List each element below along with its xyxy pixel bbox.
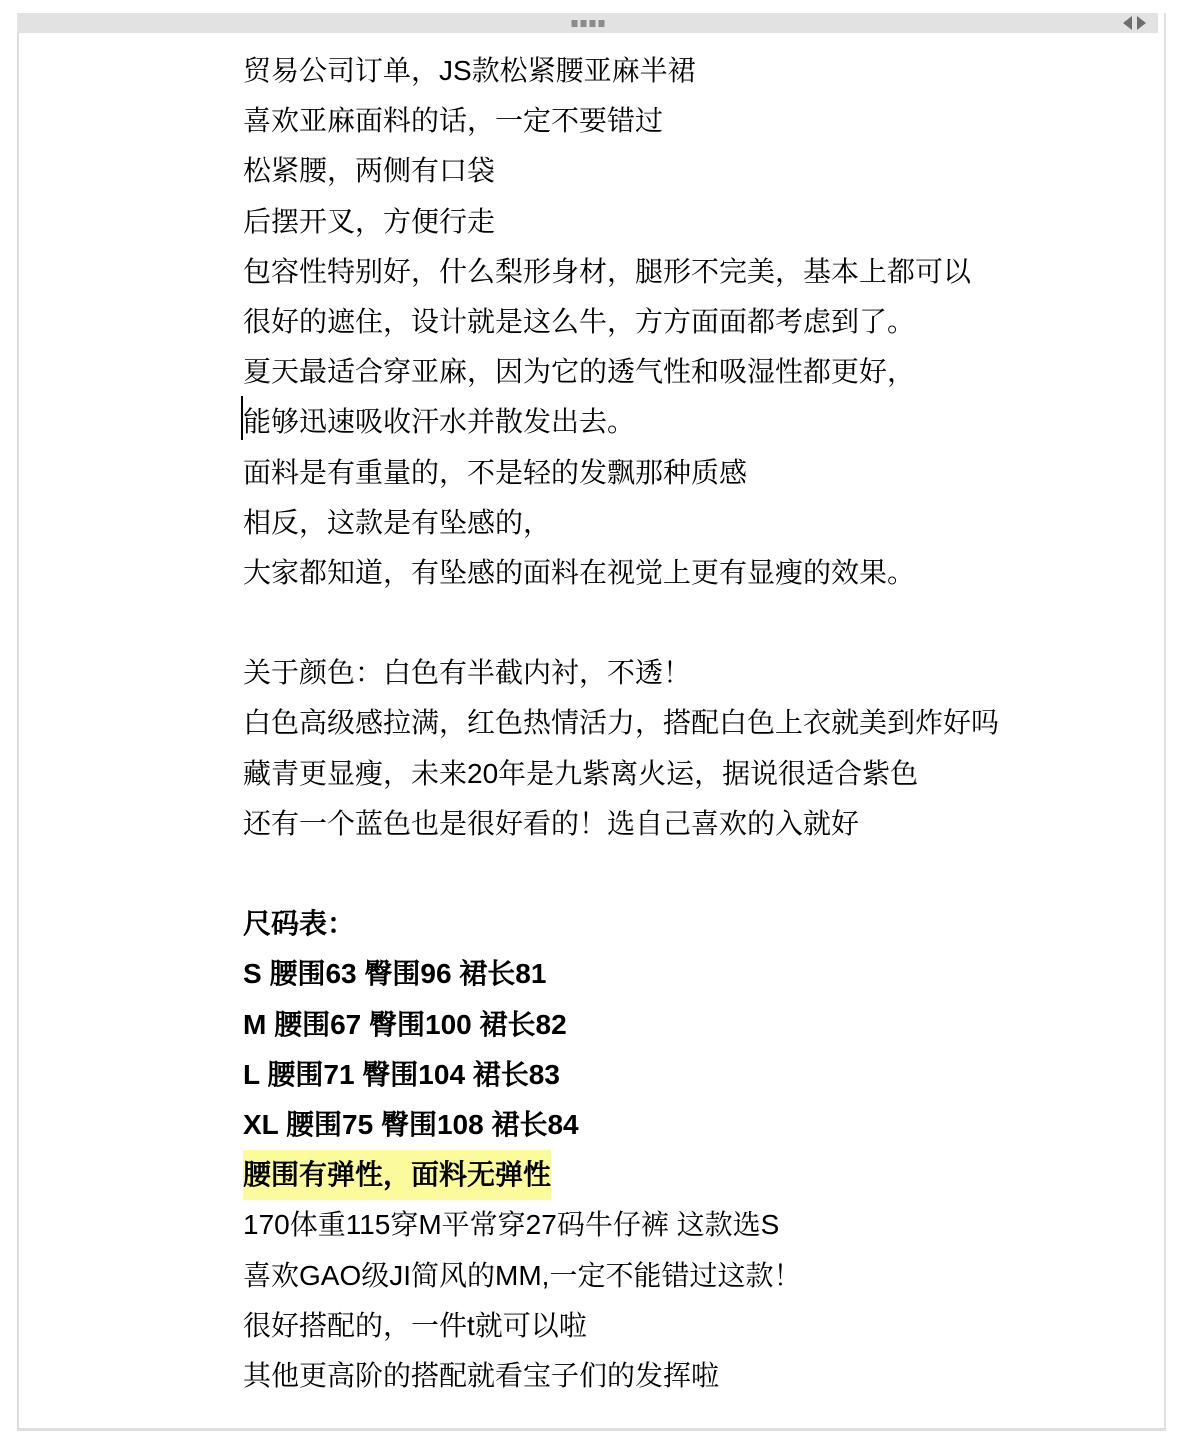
paragraph[interactable]: 后摆开叉，方便行走 (243, 197, 1144, 247)
text-cursor (241, 396, 243, 440)
paragraph[interactable]: 贸易公司订单，JS款松紧腰亚麻半裙 (243, 46, 1144, 96)
paragraph[interactable]: 包容性特别好，什么梨形身材，腿形不完美，基本上都可以 (243, 247, 1144, 297)
screenshot-stage: 贸易公司订单，JS款松紧腰亚麻半裙 喜欢亚麻面料的话，一定不要错过 松紧腰，两侧… (0, 0, 1180, 1446)
size-chart-row-s[interactable]: S 腰围63 臀围96 裙长81 (243, 949, 1144, 999)
paragraph-blank[interactable] (243, 598, 1144, 648)
size-chart-row-m[interactable]: M 腰围67 臀围100 裙长82 (243, 1000, 1144, 1050)
document-body[interactable]: 贸易公司订单，JS款松紧腰亚麻半裙 喜欢亚麻面料的话，一定不要错过 松紧腰，两侧… (19, 33, 1164, 1428)
paragraph[interactable]: 大家都知道，有坠感的面料在视觉上更有显瘦的效果。 (243, 548, 1144, 598)
arrow-left-icon[interactable] (1123, 16, 1132, 30)
paragraph[interactable]: 藏青更显瘦，未来20年是九紫离火运，据说很适合紫色 (243, 749, 1144, 799)
paragraph[interactable]: 170体重115穿M平常穿27码牛仔裤 这款选S (243, 1200, 1144, 1250)
paragraph[interactable]: 还有一个蓝色也是很好看的！选自己喜欢的入就好 (243, 799, 1144, 849)
size-chart-title[interactable]: 尺码表： (243, 899, 1144, 949)
paragraph[interactable]: 很好搭配的，一件t就可以啦 (243, 1301, 1144, 1351)
drag-handle-icon[interactable] (571, 20, 604, 27)
paragraph[interactable]: 很好的遮住，设计就是这么牛，方方面面都考虑到了。 (243, 297, 1144, 347)
drag-dot-icon (589, 20, 595, 27)
paragraph[interactable]: 夏天最适合穿亚麻，因为它的透气性和吸湿性都更好， (243, 347, 1144, 397)
size-chart-row-xl[interactable]: XL 腰围75 臀围108 裙长84 (243, 1100, 1144, 1150)
paragraph[interactable]: 松紧腰，两侧有口袋 (243, 146, 1144, 196)
paragraph-blank[interactable] (243, 849, 1144, 899)
paragraph[interactable]: 白色高级感拉满，红色热情活力，搭配白色上衣就美到炸好吗 (243, 698, 1144, 748)
window-titlebar[interactable] (17, 13, 1158, 33)
paragraph[interactable]: 能够迅速吸收汗水并散发出去。 (243, 397, 1144, 447)
highlight-span: 腰围有弹性，面料无弹性 (243, 1150, 551, 1200)
arrow-right-icon[interactable] (1137, 16, 1146, 30)
paragraph[interactable]: 喜欢亚麻面料的话，一定不要错过 (243, 96, 1144, 146)
drag-dot-icon (580, 20, 586, 27)
paragraph[interactable]: 相反，这款是有坠感的， (243, 498, 1144, 548)
highlighted-note[interactable]: 腰围有弹性，面料无弹性 (243, 1150, 1144, 1200)
size-chart-row-l[interactable]: L 腰围71 臀围104 裙长83 (243, 1050, 1144, 1100)
paragraph[interactable]: 面料是有重量的，不是轻的发飘那种质感 (243, 448, 1144, 498)
paragraph[interactable]: 喜欢GAO级JI简风的MM,一定不能错过这款！ (243, 1251, 1144, 1301)
document-window: 贸易公司订单，JS款松紧腰亚麻半裙 喜欢亚麻面料的话，一定不要错过 松紧腰，两侧… (17, 13, 1166, 1431)
paragraph[interactable]: 其他更高阶的搭配就看宝子们的发挥啦 (243, 1351, 1144, 1401)
drag-dot-icon (598, 20, 604, 27)
paragraph[interactable]: 关于颜色：白色有半截内衬，不透！ (243, 648, 1144, 698)
collapse-arrows (1123, 16, 1146, 30)
paragraph-text: 能够迅速吸收汗水并散发出去。 (243, 406, 635, 437)
drag-dot-icon (571, 20, 577, 27)
